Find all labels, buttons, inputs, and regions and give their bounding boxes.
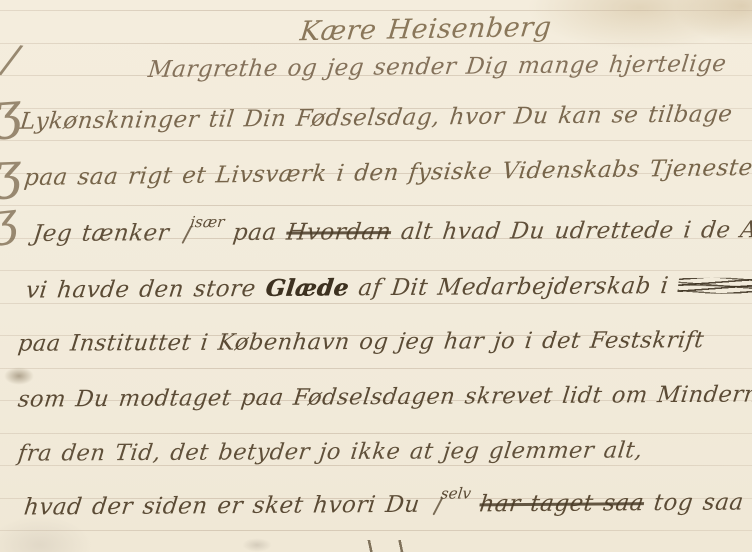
text-run: Lykønskninger til Din Fødselsdag, hvor D…	[19, 101, 734, 134]
ruled-line	[0, 368, 752, 369]
text-run: af Dit Medarbejderskab i	[347, 273, 680, 301]
manuscript-line: hvad der siden er sket hvori Du selv har…	[22, 489, 745, 522]
paper-smudge	[242, 538, 272, 552]
clipped-line-strokes	[356, 540, 428, 552]
text-run: paa Instituttet i København og jeg har j…	[17, 327, 706, 357]
manuscript-line: Jeg tænker især paa Hvordan alt hvad Du …	[31, 217, 752, 249]
text-run: hvad der siden er sket hvori Du	[23, 492, 432, 521]
text-run: Jeg tænker	[32, 220, 181, 247]
manuscript-line: som Du modtaget paa Fødselsdagen skrevet…	[16, 381, 752, 413]
text-run: paa	[222, 220, 288, 246]
manuscript-line: paa saa rigt et Livsværk i den fysiske V…	[23, 155, 752, 193]
scribbled-out-word	[677, 277, 752, 294]
ruled-line	[0, 10, 752, 11]
margin-mark: ʒ	[0, 195, 19, 243]
clipped-next-line	[356, 538, 428, 552]
retraced-word: Glæde	[264, 274, 350, 302]
struck-out-text: har taget saa	[478, 490, 645, 517]
text-run: Kære Heisenberg	[298, 12, 553, 47]
text-run: som Du modtaget paa Fødselsdagen skrevet…	[17, 381, 752, 412]
ink-smudge	[4, 367, 34, 385]
ruled-line	[0, 205, 752, 206]
text-run: paa saa rigt et Livsværk i den fysiske V…	[23, 155, 752, 191]
text-run: fra den Tid, det betyder jo ikke at jeg …	[17, 437, 645, 466]
letter-page: /ʒʒʒ Kære HeisenbergMargrethe og jeg sen…	[0, 0, 752, 552]
ruled-line	[0, 433, 752, 434]
text-run: alt hvad Du udrettede i de Aar	[390, 217, 752, 245]
manuscript-line: paa Instituttet i København og jeg har j…	[16, 327, 705, 358]
inserted-word: især	[189, 213, 225, 231]
text-run: vi havde den store	[25, 276, 268, 304]
margin-mark: ʒ	[0, 146, 22, 197]
text-run: tog saa	[643, 489, 746, 516]
manuscript-line: Margrethe og jeg sender Dig mange hjerte…	[146, 51, 727, 85]
salutation-line: Kære Heisenberg	[298, 12, 553, 49]
manuscript-line: vi havde den store Glæde af Dit Medarbej…	[24, 271, 752, 305]
ruled-line	[0, 140, 752, 141]
ruled-line	[0, 270, 752, 271]
manuscript-line: fra den Tid, det betyder jo ikke at jeg …	[16, 437, 644, 467]
struck-out-text: Hvordan	[285, 219, 393, 246]
ruled-line	[0, 530, 752, 531]
inserted-word: selv	[440, 484, 472, 502]
text-run: Margrethe og jeg sender Dig mange hjerte…	[147, 51, 728, 83]
